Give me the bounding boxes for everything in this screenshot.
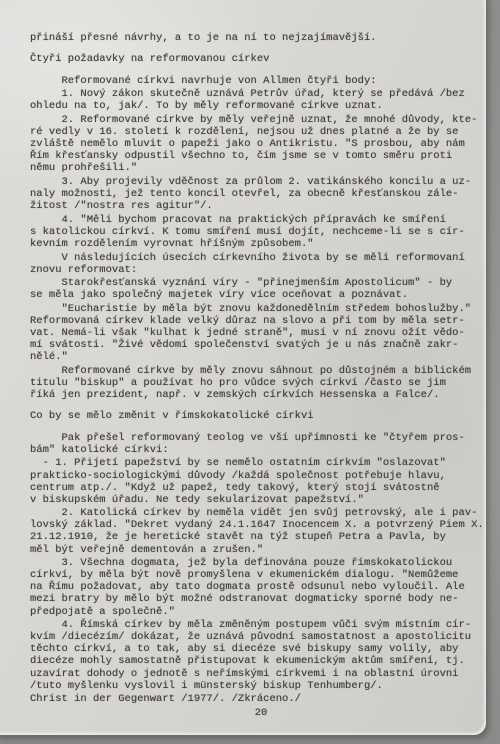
paragraph: 4. Římská církev by měla změněným postup… xyxy=(30,619,492,692)
page-content: přináší přesné návrhy, a to je na ní to … xyxy=(30,32,492,719)
scanned-document-page: přináší přesné návrhy, a to je na ní to … xyxy=(0,0,500,744)
lead-paragraph: přináší přesné návrhy, a to je na ní to … xyxy=(30,32,492,44)
paragraph: 1. Nový zákon skutečně uznává Petrův úřa… xyxy=(30,88,492,112)
section-reformed-heading: Čtyři požadavky na reformovanou církev xyxy=(30,53,492,65)
paragraph: Pak přešel reformovaný teolog ve vší upř… xyxy=(30,432,492,456)
source-line: Christ in der Gegenwart /1977/. /Zkrácen… xyxy=(30,693,492,705)
paragraph: 4. "Měli bychom pracovat na praktických … xyxy=(30,214,492,250)
paragraph: 3. Všechna dogmata, jež byla definována … xyxy=(30,557,492,617)
section-catholic-heading: Co by se mělo změnit v římskokatolické c… xyxy=(30,410,492,422)
paragraph: 2. Katolická církev by neměla vidět jen … xyxy=(30,507,492,555)
paragraph: Reformované církve by měly znovu sáhnout… xyxy=(30,365,492,401)
paragraph: - 1. Přijetí papežství by se nemělo osta… xyxy=(30,457,492,505)
paragraph: Reformované církvi navrhuje von Allmen č… xyxy=(30,75,492,87)
page-number: 20 xyxy=(30,707,492,719)
paragraph: V následujících úsecích církevního život… xyxy=(30,252,492,276)
paragraph: "Eucharistie by měla být znovu každonedě… xyxy=(30,303,492,363)
paragraph: 3. Aby projevily vděčnost za průlom 2. v… xyxy=(30,176,492,212)
paragraph: Starokřesťanská vyznání víry - "přinejme… xyxy=(30,277,492,301)
paragraph: 2. Reformované církve by měly veřejně uz… xyxy=(30,114,492,174)
